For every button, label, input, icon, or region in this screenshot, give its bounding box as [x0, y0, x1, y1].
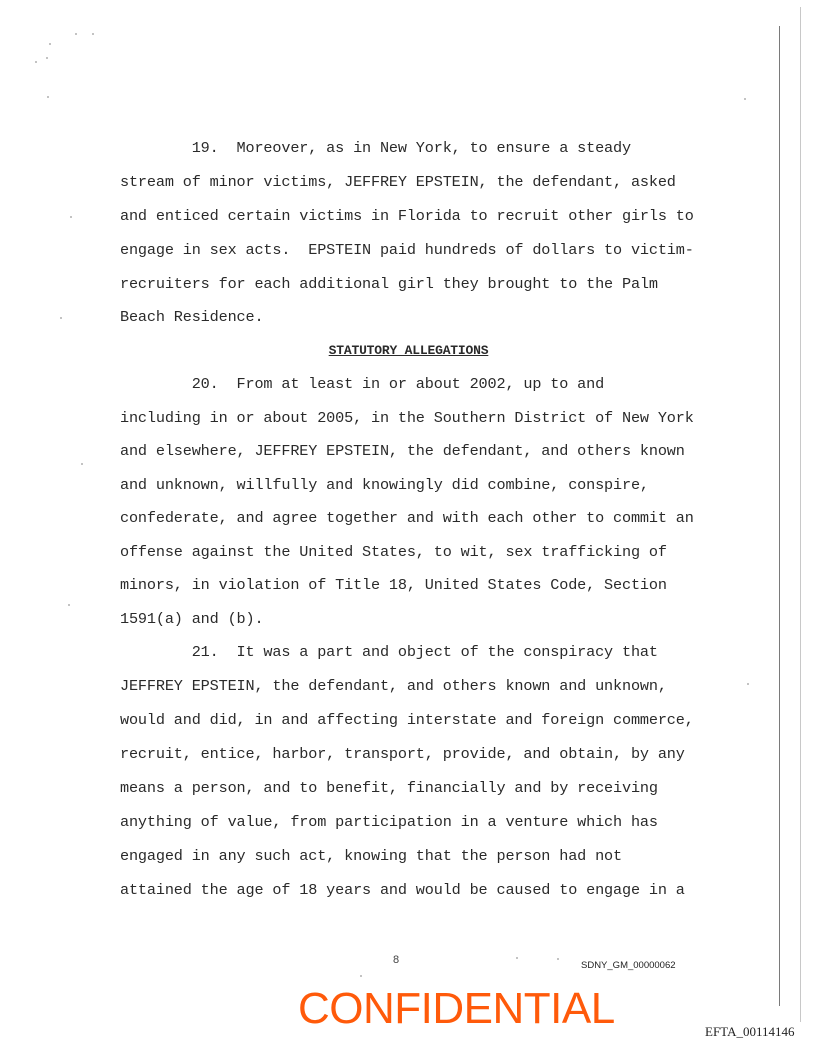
scan-edge-line — [779, 26, 780, 1006]
text-line: and unknown, willfully and knowingly did… — [120, 476, 649, 494]
text-line: 1591(a) and (b). — [120, 610, 263, 628]
scan-speck — [70, 216, 72, 218]
text-line: offense against the United States, to wi… — [120, 543, 667, 561]
text-line: engaged in any such act, knowing that th… — [120, 847, 622, 865]
scan-speck — [81, 463, 83, 465]
text-line: would and did, in and affecting intersta… — [120, 711, 694, 729]
text-line: and enticed certain victims in Florida t… — [120, 207, 694, 225]
document-page: 19. Moreover, as in New York, to ensure … — [0, 0, 817, 1056]
text-line: stream of minor victims, JEFFREY EPSTEIN… — [120, 173, 676, 191]
text-line: including in or about 2005, in the South… — [120, 409, 694, 427]
scan-speck — [46, 57, 48, 59]
scan-speck — [557, 958, 559, 960]
scan-speck — [75, 33, 77, 35]
scan-speck — [360, 975, 362, 977]
text-line: confederate, and agree together and with… — [120, 509, 694, 527]
text-line: 20. From at least in or about 2002, up t… — [120, 375, 604, 393]
text-line: JEFFREY EPSTEIN, the defendant, and othe… — [120, 677, 667, 695]
scan-speck — [49, 43, 51, 45]
text-line: 19. Moreover, as in New York, to ensure … — [120, 139, 631, 157]
text-line: attained the age of 18 years and would b… — [120, 881, 685, 899]
text-line: means a person, and to benefit, financia… — [120, 779, 658, 797]
scan-speck — [516, 957, 518, 959]
text-line: recruiters for each additional girl they… — [120, 275, 658, 293]
text-line: and elsewhere, JEFFREY EPSTEIN, the defe… — [120, 442, 685, 460]
text-line: recruit, entice, harbor, transport, prov… — [120, 745, 685, 763]
scan-speck — [92, 33, 94, 35]
section-heading: STATUTORY ALLEGATIONS — [0, 343, 817, 359]
text-line: engage in sex acts. EPSTEIN paid hundred… — [120, 241, 694, 259]
scan-speck — [747, 683, 749, 685]
scan-speck — [744, 98, 746, 100]
efta-number: EFTA_00114146 — [705, 1024, 794, 1040]
page-number: 8 — [393, 954, 399, 966]
scan-speck — [60, 317, 62, 319]
scan-edge-line — [800, 7, 801, 1022]
section-heading-text: STATUTORY ALLEGATIONS — [329, 343, 489, 358]
bates-number: SDNY_GM_00000062 — [581, 960, 676, 971]
text-line: minors, in violation of Title 18, United… — [120, 576, 667, 594]
text-line: Beach Residence. — [120, 308, 263, 326]
confidential-stamp: CONFIDENTIAL — [298, 985, 615, 1033]
scan-speck — [47, 96, 49, 98]
text-line: anything of value, from participation in… — [120, 813, 658, 831]
scan-speck — [68, 604, 70, 606]
scan-speck — [35, 61, 37, 63]
text-line: 21. It was a part and object of the cons… — [120, 643, 658, 661]
